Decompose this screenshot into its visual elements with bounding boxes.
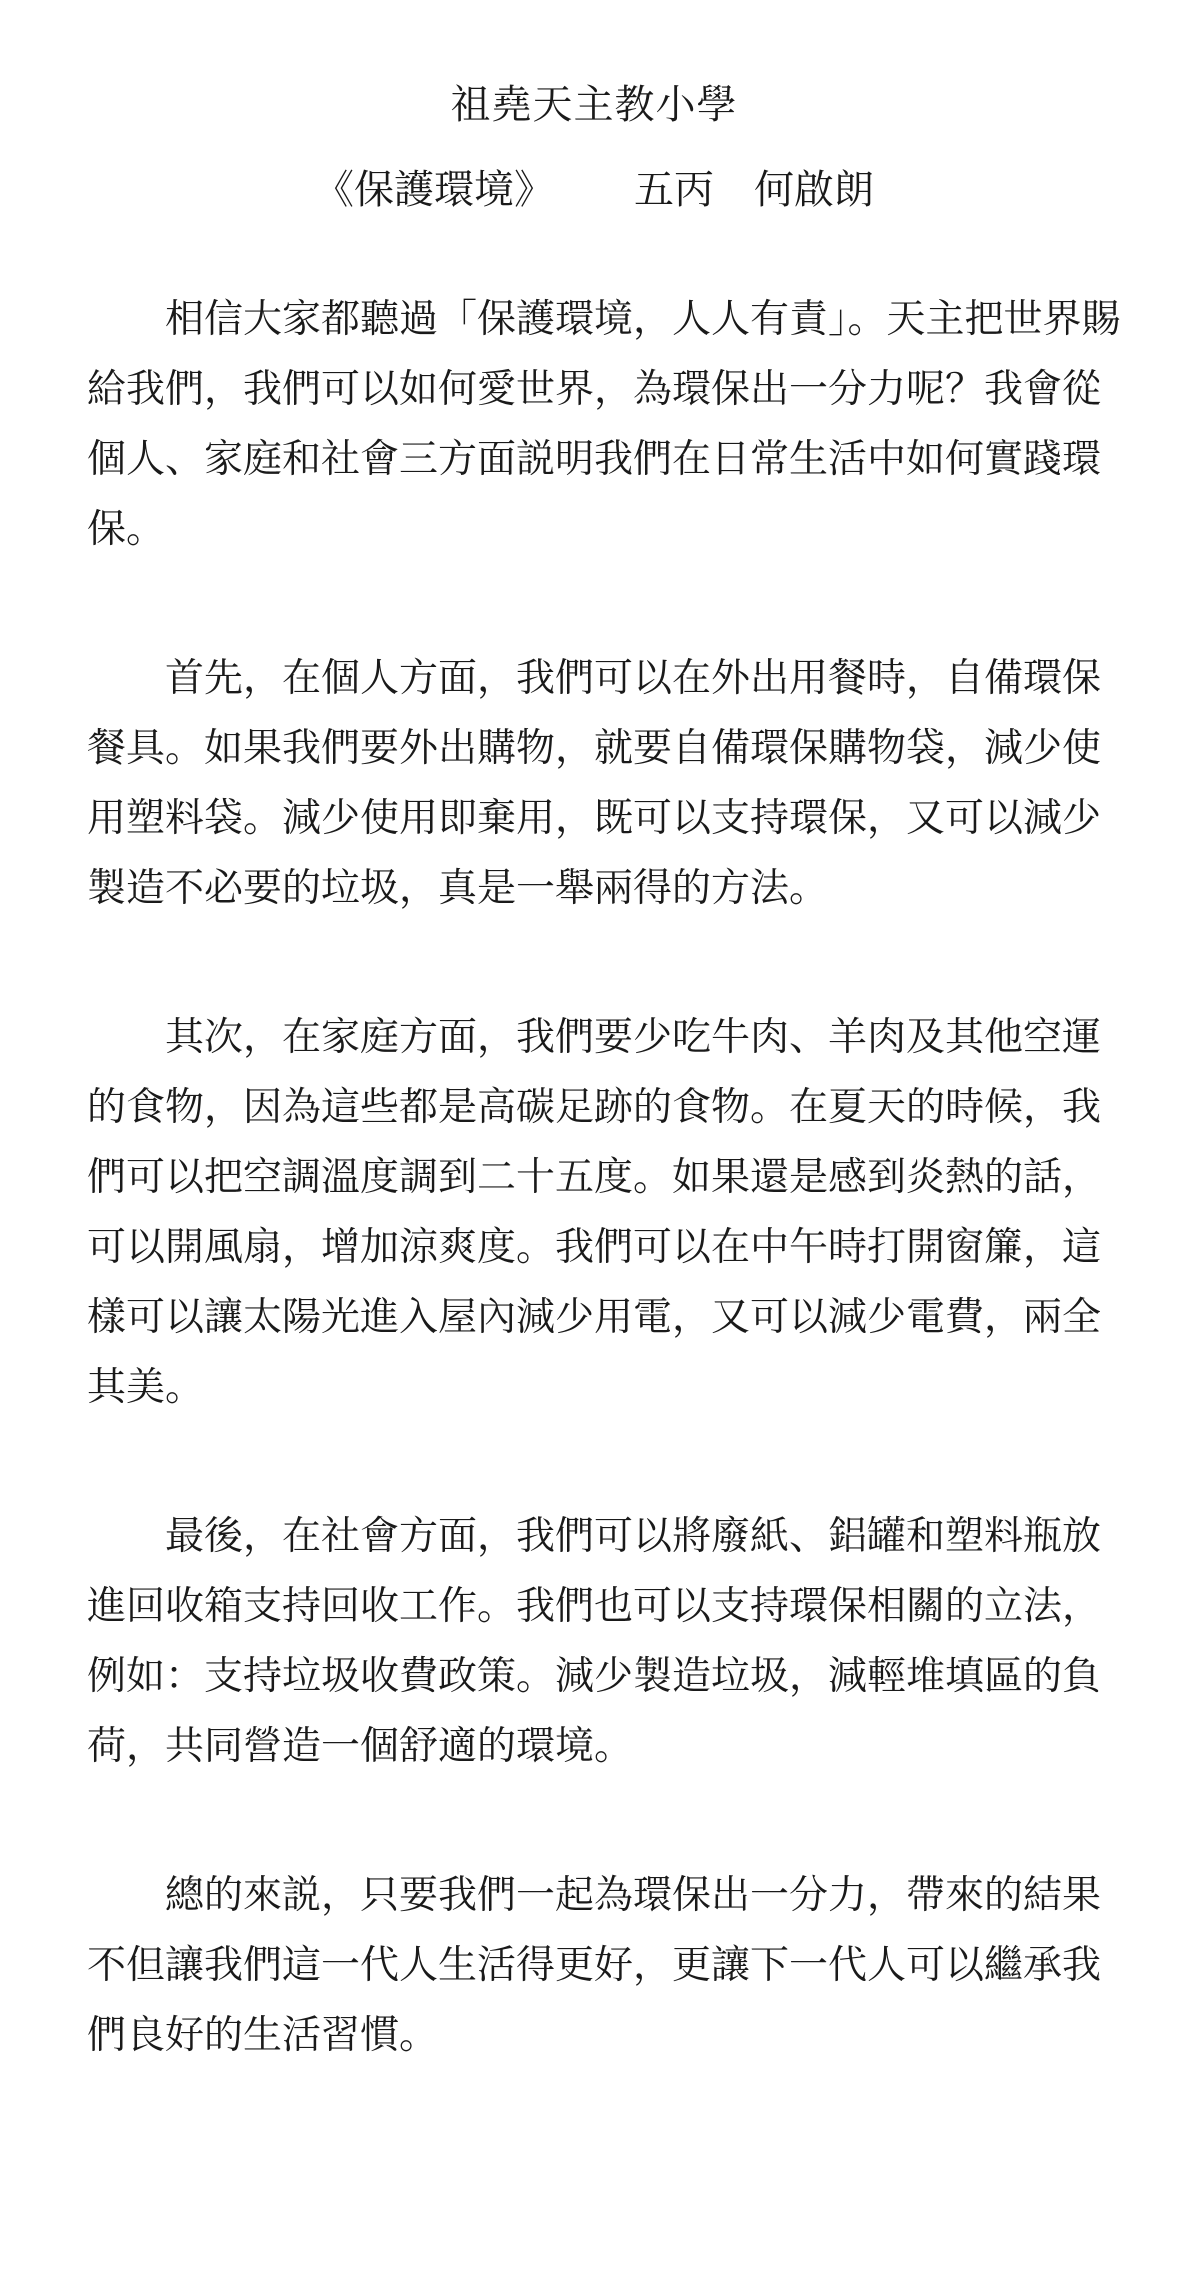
essay-body: 相信大家都聽過「保護環境，人人有責」。天主把世界賜給我們，我們可以如何愛世界，為… [87, 285, 1101, 2071]
text-line: 個人、家庭和社會三方面説明我們在日常生活中如何實踐環 [87, 425, 1101, 495]
text-line: 首先，在個人方面，我們可以在外出用餐時，自備環保 [87, 644, 1101, 714]
paragraph: 最後，在社會方面，我們可以將廢紙、鋁罐和塑料瓶放進回收箱支持回收工作。我們也可以… [87, 1502, 1101, 1782]
paragraph: 總的來説，只要我們一起為環保出一分力，帶來的結果不但讓我們這一代人生活得更好，更… [87, 1861, 1101, 2071]
paragraph: 首先，在個人方面，我們可以在外出用餐時，自備環保餐具。如果我們要外出購物，就要自… [87, 644, 1101, 924]
title-line: 《保護環境》五丙何啟朗 [0, 155, 1188, 225]
text-line: 相信大家都聽過「保護環境，人人有責」。天主把世界賜 [87, 285, 1101, 355]
text-line: 不但讓我們這一代人生活得更好，更讓下一代人可以繼承我 [87, 1931, 1101, 2001]
text-line: 其次，在家庭方面，我們要少吃牛肉、羊肉及其他空運 [87, 1003, 1101, 1073]
school-name: 祖堯天主教小學 [0, 70, 1188, 140]
text-line: 們良好的生活習慣。 [87, 2001, 1101, 2071]
essay-title: 《保護環境》 [314, 167, 554, 213]
text-line: 製造不必要的垃圾，真是一舉兩得的方法。 [87, 854, 1101, 924]
document-page: 祖堯天主教小學 《保護環境》五丙何啟朗 相信大家都聽過「保護環境，人人有責」。天… [0, 0, 1188, 2292]
text-line: 們可以把空調溫度調到二十五度。如果還是感到炎熱的話， [87, 1143, 1101, 1213]
paragraph: 其次，在家庭方面，我們要少吃牛肉、羊肉及其他空運的食物，因為這些都是高碳足跡的食… [87, 1003, 1101, 1423]
text-line: 給我們，我們可以如何愛世界，為環保出一分力呢？我會從 [87, 355, 1101, 425]
text-line: 總的來説，只要我們一起為環保出一分力，帶來的結果 [87, 1861, 1101, 1931]
text-line: 例如：支持垃圾收費政策。減少製造垃圾，減輕堆填區的負 [87, 1642, 1101, 1712]
text-line: 餐具。如果我們要外出購物，就要自備環保購物袋，減少使 [87, 714, 1101, 784]
document-header: 祖堯天主教小學 《保護環境》五丙何啟朗 [0, 70, 1188, 225]
text-line: 用塑料袋。減少使用即棄用，既可以支持環保，又可以減少 [87, 784, 1101, 854]
class-name: 五丙 [634, 167, 714, 213]
text-line: 保。 [87, 495, 1101, 565]
text-line: 其美。 [87, 1353, 1101, 1423]
text-line: 最後，在社會方面，我們可以將廢紙、鋁罐和塑料瓶放 [87, 1502, 1101, 1572]
text-line: 樣可以讓太陽光進入屋內減少用電，又可以減少電費，兩全 [87, 1283, 1101, 1353]
paragraph: 相信大家都聽過「保護環境，人人有責」。天主把世界賜給我們，我們可以如何愛世界，為… [87, 285, 1101, 565]
text-line: 可以開風扇，增加涼爽度。我們可以在中午時打開窗簾，這 [87, 1213, 1101, 1283]
text-line: 荷，共同營造一個舒適的環境。 [87, 1712, 1101, 1782]
text-line: 進回收箱支持回收工作。我們也可以支持環保相關的立法， [87, 1572, 1101, 1642]
text-line: 的食物，因為這些都是高碳足跡的食物。在夏天的時候，我 [87, 1073, 1101, 1143]
author-name: 何啟朗 [754, 167, 874, 213]
